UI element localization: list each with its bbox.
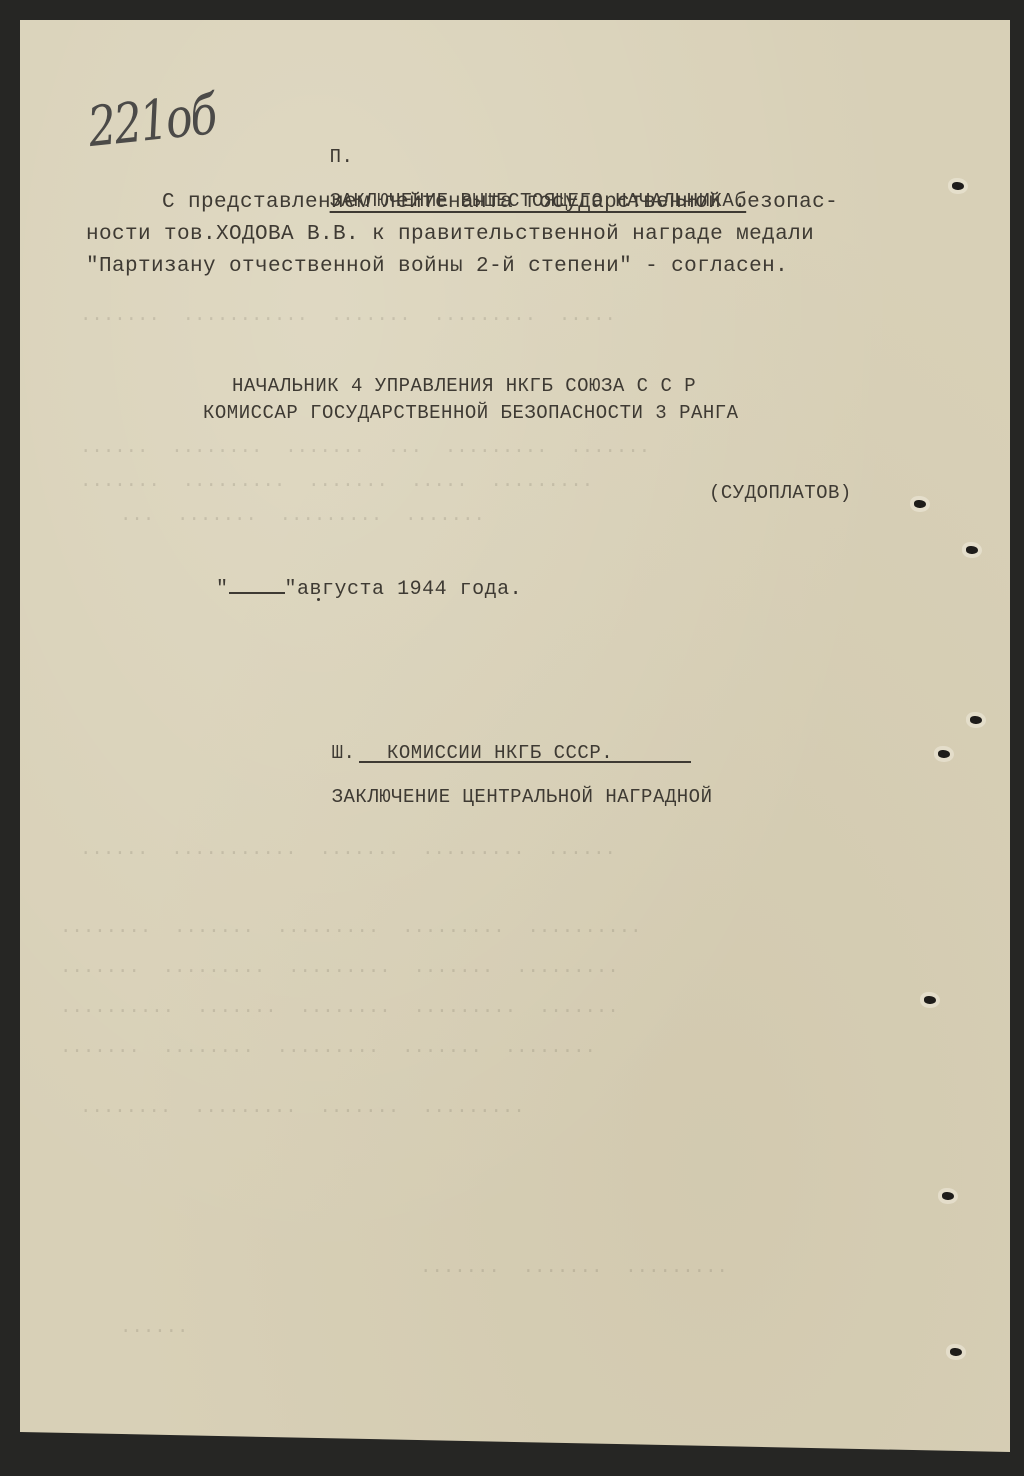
ink-dot <box>317 598 320 601</box>
punch-hole <box>950 1348 962 1356</box>
punch-hole <box>938 750 950 758</box>
punch-hole <box>970 716 982 724</box>
conclusion-line-1: С представлением лейтенанта государствен… <box>162 191 838 214</box>
bleed-through: ········· ······· ········· ········ <box>80 1100 525 1122</box>
section-2-heading: П. ЗАКЛЮЧЕНИЕ ВЫШЕСТОЯЩЕГО НАЧАЛЬНИКА. <box>282 124 746 234</box>
bleed-through: ······· ········· ······· ··· <box>120 508 485 530</box>
bleed-through: ·········· ········· ········· ······· ·… <box>60 920 642 942</box>
signatory-position-line-1: НАЧАЛЬНИК 4 УПРАВЛЕНИЯ НКГБ СОЮЗА С С Р <box>232 375 696 397</box>
document-date: ""августа 1944 года. <box>166 555 522 624</box>
document-page: 221об П. ЗАКЛЮЧЕНИЕ ВЫШЕСТОЯЩЕГО НАЧАЛЬН… <box>20 20 1010 1452</box>
conclusion-line-2: ности тов.ХОДОВА В.В. к правительственно… <box>86 223 814 246</box>
archive-page-number: 221об <box>85 83 218 160</box>
bleed-through: ········· ······· ········· ········· ··… <box>60 960 619 982</box>
section-3-heading-line-1: Ш. ЗАКЛЮЧЕНИЕ ЦЕНТРАЛЬНОЙ НАГРАДНОЙ <box>284 720 712 830</box>
bleed-through: ········· ······· ······· <box>420 1260 728 1282</box>
bleed-through: ······ ········· ······· ··········· ···… <box>80 842 616 864</box>
section-3-numeral: Ш. <box>332 742 356 764</box>
bleed-through: ····· ········· ······· ··········· ····… <box>80 308 616 330</box>
bleed-through: ········· ····· ······· ········· ······… <box>80 474 593 496</box>
punch-hole <box>952 182 964 190</box>
bleed-through: ······· ········· ········ ······· ·····… <box>60 1000 619 1022</box>
bleed-through: ······· ········· ··· ······· ········ ·… <box>80 440 650 462</box>
punch-hole <box>966 546 978 554</box>
signatory-position-line-2: КОМИССАР ГОСУДАРСТВЕННОЙ БЕЗОПАСНОСТИ 3 … <box>203 402 739 424</box>
signatory-name: (СУДОПЛАТОВ) <box>709 482 852 504</box>
date-open-quote: " <box>216 578 229 601</box>
bleed-through: ······ <box>120 1320 188 1342</box>
date-day-blank <box>229 578 285 594</box>
section-3-title-line-1: ЗАКЛЮЧЕНИЕ ЦЕНТРАЛЬНОЙ НАГРАДНОЙ <box>332 786 713 808</box>
date-close-quote: " <box>285 578 298 601</box>
section-2-numeral: П. <box>330 146 354 168</box>
section-3-underline <box>359 761 691 763</box>
punch-hole <box>914 500 926 508</box>
punch-hole <box>924 996 936 1004</box>
punch-hole <box>942 1192 954 1200</box>
date-text: августа 1944 года. <box>297 578 522 601</box>
conclusion-line-3: "Партизану отчественной войны 2-й степен… <box>86 255 788 278</box>
bleed-through: ········ ······· ········· ········ ····… <box>60 1040 596 1062</box>
